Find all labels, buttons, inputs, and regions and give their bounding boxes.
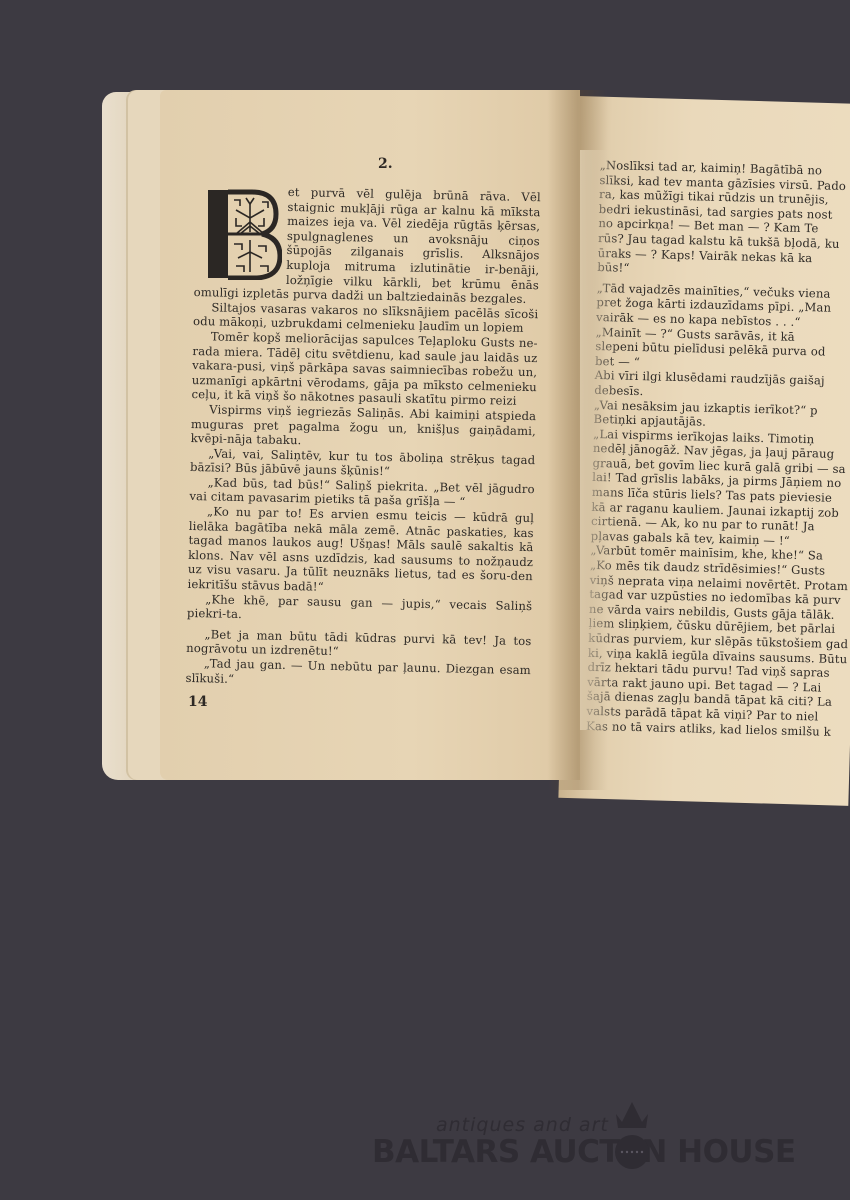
gutter-blur — [580, 150, 620, 730]
open-book-photo: 2. et purvā vēl gulēja brūnā rāva. Vēl s… — [0, 0, 850, 1200]
left-page-body-text: et purvā vēl gulēja brūnā rāva. Vēl stai… — [185, 183, 540, 692]
auction-house-watermark: antiques and art BALTARS AUCTI N HOUSE — [372, 1118, 772, 1168]
paragraph: „Ko nu par to! Es arvien esmu teicis — k… — [187, 504, 534, 599]
crown-logo-icon — [612, 1092, 652, 1172]
page-number: 14 — [188, 694, 207, 710]
paragraph: Tomēr kopš meliorācijas sapulces Teļaplo… — [191, 329, 537, 409]
chapter-number: 2. — [378, 156, 393, 172]
watermark-title: BALTARS AUCTI N HOUSE — [372, 1134, 796, 1170]
paragraph: Vispirms viņš iegriezās Saliņās. Abi kai… — [190, 402, 536, 453]
right-page-body-text: „Noslīksi tad ar, kaimiņ! Bagātībā no sl… — [586, 158, 850, 740]
watermark-subtitle: antiques and art — [436, 1114, 609, 1136]
drop-cap-space — [194, 183, 288, 283]
